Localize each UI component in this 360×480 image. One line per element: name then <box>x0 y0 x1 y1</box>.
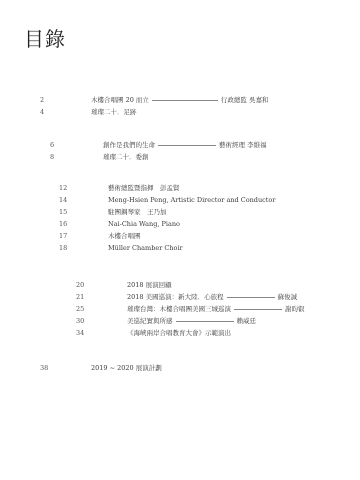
toc-entry[interactable]: 25 璀璨台灣：木樓合唱團美國三城巡演 謝昀叡 <box>0 303 360 315</box>
entry-title: 《海峽兩岸合唱教育大會》示範演出 <box>127 327 231 339</box>
page-number: 30 <box>76 315 84 327</box>
toc-entry[interactable]: 17 木樓合唱團 <box>0 230 360 242</box>
toc-entry[interactable]: 34 《海峽兩岸合唱教育大會》示範演出 <box>0 327 360 339</box>
entry-title: 璀璨台灣：木樓合唱團美國三城巡演 <box>127 303 231 315</box>
page-number: 15 <box>59 206 67 218</box>
toc-entry[interactable]: 30 美巡紀實與所感 賴威廷 <box>0 315 360 327</box>
entry-title: 藝術總監暨指揮 彭孟賢 <box>108 182 180 194</box>
toc-entry[interactable]: 21 2018 美國巡演：新大陸．心旅程 蘇俊誠 <box>0 291 360 303</box>
entry-title: 木樓合唱團 <box>108 230 141 242</box>
toc-entry[interactable]: 20 2018 展演回顧 <box>0 279 360 291</box>
page-title: 目錄 <box>24 29 66 49</box>
leader-line <box>158 145 216 146</box>
entry-title: 創作是我們的生命 <box>103 139 155 151</box>
entry-author: 藝術經理 李維福 <box>219 139 267 151</box>
entry-title: 木樓合唱團 20 而立 <box>91 94 149 106</box>
toc-entry[interactable]: 15 駐團鋼琴家 王乃加 <box>0 206 360 218</box>
page-number: 17 <box>59 230 67 242</box>
toc-entry[interactable]: 8 璀璨二十．委創 <box>0 151 360 163</box>
entry-title: Müller Chamber Choir <box>108 242 183 254</box>
page-number: 38 <box>40 362 48 374</box>
entry-title: 璀璨二十．足跡 <box>91 106 137 118</box>
page-number: 16 <box>59 218 67 230</box>
entry-title: 2018 美國巡演：新大陸．心旅程 <box>127 291 224 303</box>
page-number: 14 <box>59 194 67 206</box>
page-number: 8 <box>50 151 54 163</box>
page-number: 34 <box>76 327 84 339</box>
entry-title: 美巡紀實與所感 <box>127 315 173 327</box>
page-number: 4 <box>40 106 44 118</box>
entry-title: 2018 展演回顧 <box>127 279 172 291</box>
entry-title: Meng-Hsien Peng, Artistic Director and C… <box>108 194 275 206</box>
page-number: 21 <box>76 291 84 303</box>
page-number: 25 <box>76 303 84 315</box>
toc-entry[interactable]: 2 木樓合唱團 20 而立 行政總監 吳嘉和 <box>0 94 360 106</box>
page-number: 2 <box>40 94 44 106</box>
entry-author: 行政總監 吳嘉和 <box>221 94 269 106</box>
toc-entry[interactable]: 12 藝術總監暨指揮 彭孟賢 <box>0 182 360 194</box>
toc-entry[interactable]: 6 創作是我們的生命 藝術經理 李維福 <box>0 139 360 151</box>
leader-line <box>234 309 282 310</box>
leader-line <box>227 297 275 298</box>
entry-title: Nai-Chia Wang, Piano <box>108 218 180 230</box>
entry-author: 謝昀叡 <box>285 303 305 315</box>
page-number: 12 <box>59 182 67 194</box>
entry-title: 璀璨二十．委創 <box>103 151 149 163</box>
entry-author: 賴威廷 <box>237 315 257 327</box>
entry-author: 蘇俊誠 <box>278 291 298 303</box>
toc-entry[interactable]: 4 璀璨二十．足跡 <box>0 106 360 118</box>
page-number: 18 <box>59 242 67 254</box>
page-number: 20 <box>76 279 84 291</box>
toc-entry[interactable]: 18 Müller Chamber Choir <box>0 242 360 254</box>
leader-line <box>176 321 234 322</box>
entry-title: 2019 ~ 2020 展演計劃 <box>91 362 162 374</box>
page-number: 6 <box>50 139 54 151</box>
toc-entry[interactable]: 16 Nai-Chia Wang, Piano <box>0 218 360 230</box>
entry-title: 駐團鋼琴家 王乃加 <box>108 206 167 218</box>
toc-entry[interactable]: 38 2019 ~ 2020 展演計劃 <box>0 362 360 374</box>
toc-entry[interactable]: 14 Meng-Hsien Peng, Artistic Director an… <box>0 194 360 206</box>
leader-line <box>152 100 218 101</box>
